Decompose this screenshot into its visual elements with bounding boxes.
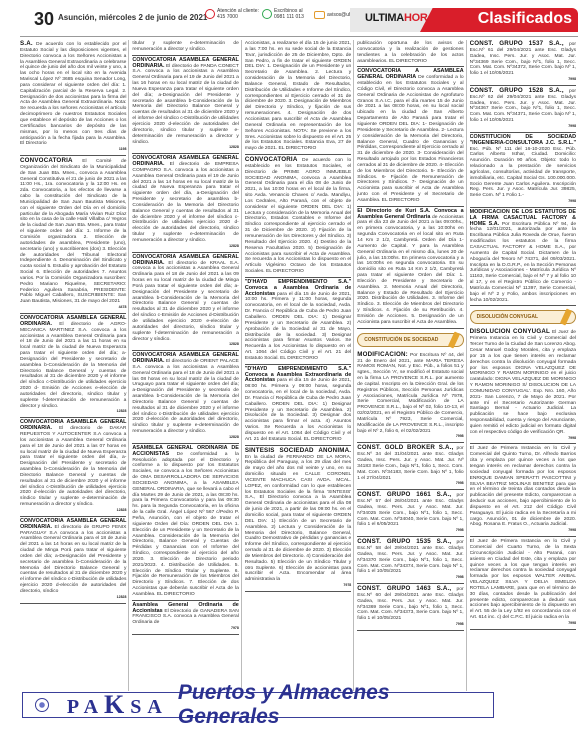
ad-body: El directorio de ORIENT PALACE S.A. conv… xyxy=(132,359,238,434)
ad-body: para el día 15 de Junio de 2021, 10:00 h… xyxy=(245,292,351,361)
ad-body: por Esc.Nº 62 del 29/04/2021 ante Esc. G… xyxy=(470,89,576,123)
ad-body: De acuerdo con lo establecido en los Est… xyxy=(245,158,351,274)
header-rule xyxy=(20,36,578,37)
ad-lead: SINTESIS SOCIEDAD ANONIMA. xyxy=(245,447,351,454)
classified-ad: CONVOCATORIA ASAMBLEA GENERAL ORDINARIA.… xyxy=(20,315,126,418)
section-header-pill: DISOLUCIÓN CONYUGAL xyxy=(470,310,576,324)
ad-lead: CONSTITUCION DE SOCIEDAD "INGENIERIA-CON… xyxy=(470,134,576,146)
ad-code: 7998 xyxy=(357,481,463,487)
ad-lead: S.A. xyxy=(20,40,33,47)
ad-code: 1198 xyxy=(20,147,126,153)
ad-code: 12828 xyxy=(20,409,126,415)
classified-ad: titular y suplente e-determinación de re… xyxy=(132,40,238,56)
ad-body: El directorio de EMPRESA COMPAGRO S.A. c… xyxy=(132,162,238,243)
classified-ad: CONVOCATORIA ASAMBLEA GENERAL ORDINARIA.… xyxy=(20,518,126,604)
classified-ad: CONVOCATORIA ASAMBLEA GENERAL ORDINARIA.… xyxy=(132,57,238,155)
ad-code: 7998 xyxy=(470,77,576,83)
ad-lead: CONST. GRUPO 1661 S.A., xyxy=(357,491,451,498)
whatsapp-icon xyxy=(262,9,272,19)
ad-body: El Juez de Primera Instancia en lo Civil… xyxy=(470,446,576,527)
phone-icon xyxy=(205,9,215,19)
paksa-banner-ad[interactable]: PAKSA Puertos y Almacenes Generales xyxy=(22,692,494,718)
classified-ad: ASAMBLEA GENERAL ORDINARIA DE ACCIONISTA… xyxy=(132,445,238,601)
ad-body: El directorio de GRUPO FENIX PARAGUAY S.… xyxy=(20,525,126,594)
ad-code: 7978 xyxy=(132,626,238,632)
contact-whatsapp[interactable]: Escríbinos al0981 111 013 xyxy=(262,8,304,20)
ad-code: 7998 xyxy=(357,622,463,628)
column-1: S.A. De acuerdo con lo establecido por e… xyxy=(20,40,129,691)
ad-body: El directorio de AGRO-MECANICA MARTINEZ … xyxy=(20,322,126,409)
ad-body: Por Escritura Pública Nº 94, de fecha 12… xyxy=(470,222,576,303)
classified-ad: DISOLUCION CONYUGAL El Juez de Primera I… xyxy=(470,328,576,444)
classified-ad: CONVOCATORIA ASAMBLEA GENERAL ORDINARIA.… xyxy=(132,352,238,444)
dateline: Asunción, miércoles 2 de junio de 2021 xyxy=(58,13,207,22)
classified-ad: CONSTITUCION DE SOCIEDAD "INGENIERIA-CON… xyxy=(470,134,576,208)
ad-code: 12828 xyxy=(132,244,238,250)
section-header-pill: CONSTITUCIÓN DE SOCIEDAD xyxy=(357,333,463,347)
classified-ad: CONVOCATORIA El Comité de Organización d… xyxy=(20,157,126,314)
classified-ad: CONST. GRUPO 1535 S.A., por Esc.Nº 58 de… xyxy=(357,538,463,584)
classified-ad: CONVOCATORIA De acuerdo con lo estableci… xyxy=(245,156,351,278)
ad-body: para el día 15 de Junio de 2021, 08:00 h… xyxy=(245,378,351,441)
ad-lead: CONST. GRUPO 1537 S.A., xyxy=(470,40,564,47)
ad-code: 12828 xyxy=(20,508,126,514)
ad-body: El directorio de KRAAL S.A. convoca a lo… xyxy=(132,261,238,342)
classified-ad: publicación oportuna de los avisos de co… xyxy=(357,40,463,67)
section-tab: Clasificados xyxy=(420,8,578,32)
ad-body: publicación oportuna de los avisos de co… xyxy=(357,41,463,64)
classified-ad: CONVOCATORIA A ASAMBLEA GENERAL ORDINARI… xyxy=(357,68,463,206)
ad-lead: CONVOCATORIA xyxy=(245,156,298,163)
classified-ad: MODIFICACION: Por Escritura Nº 44, del 2… xyxy=(357,351,463,444)
ad-body: De acuerdo con lo establecido por el Est… xyxy=(20,42,126,146)
section-title: Clasificados xyxy=(478,10,572,28)
ad-body: El directorio de PANDA CONECT S.A. convo… xyxy=(132,64,238,145)
ad-code: 12828 xyxy=(132,145,238,151)
ad-code: 4478 xyxy=(20,305,126,311)
ad-body: En la ciudad de FERNANDO DE LA MORA, Rep… xyxy=(245,455,351,583)
ad-lead: CONVOCATORIA xyxy=(20,157,73,164)
classified-ad: CONVOCATORIA ASAMBLEA GENERAL ORDINARIA.… xyxy=(132,254,238,352)
ad-body: El directorio de DAKAR REPUESTOS Y AUTOC… xyxy=(20,426,126,507)
ad-code: 7998 xyxy=(357,434,463,440)
ad-body: por Esc.Nº 61 del 29/04/2021 ante Esc. G… xyxy=(470,42,576,76)
pen-icon xyxy=(448,331,460,348)
classified-ad: El Juez de Primera Instancia en lo Civil… xyxy=(470,538,576,630)
ad-code: 7998 xyxy=(357,575,463,581)
ad-code: 12828 xyxy=(132,342,238,348)
classified-ad: CONST. GOLD BROKER S.A., por Esc.Nº 34 d… xyxy=(357,444,463,490)
classified-ad: Asamblea General Ordinaria de Accionista… xyxy=(132,602,238,635)
ad-body: El Juez de Primera Instancia en lo Civil… xyxy=(470,330,576,434)
ad-code: 7998 xyxy=(470,621,576,627)
ad-code: 7998 xyxy=(470,436,576,442)
classified-ad: CONVOCATORIA ASAMBLEA GENERAL ORDINARIA.… xyxy=(20,419,126,517)
ad-body: de Accionistas para el día 23 de Junio d… xyxy=(357,215,463,325)
classifieds-columns: S.A. De acuerdo con lo establecido por e… xyxy=(20,40,578,691)
ad-lead: DISOLUCION CONYUGAL xyxy=(470,328,550,335)
ad-body: por Esc.Nº 34 del 31/04/2021 ante Esc. G… xyxy=(357,446,463,480)
ad-lead: CONST. GRUPO 1535 S.A., xyxy=(357,538,451,545)
ad-code: 7978 xyxy=(245,583,351,589)
paksa-seal-icon xyxy=(35,698,49,712)
ad-code: 7998 xyxy=(470,124,576,130)
classified-ad: S.A. De acuerdo con lo establecido por e… xyxy=(20,40,126,156)
classified-ad: El Juez de Primera Instancia en lo Civil… xyxy=(470,445,576,537)
ad-lead: MODIFICACION: xyxy=(357,351,408,358)
banner-tagline: Puertos y Almacenes Generales xyxy=(178,681,493,729)
ad-code: 12828 xyxy=(132,435,238,441)
ad-body: por Esc.Nº 60 del 29/04/2021 ante Esc. G… xyxy=(357,587,463,621)
contact-phone[interactable]: Atención al cliente:415 7000 xyxy=(205,8,259,20)
ad-body: De conformidad a lo establecido en los E… xyxy=(357,75,463,203)
mail-icon xyxy=(314,11,325,19)
column-3: Accionistas, a realizarse el día 15 de j… xyxy=(245,40,354,691)
ad-body: El Juez de Primera Instancia en lo Civil… xyxy=(470,539,576,620)
ad-body: titular y suplente e-determinación de re… xyxy=(132,41,238,52)
column-4: publicación oportuna de los avisos de co… xyxy=(357,40,466,691)
ad-lead: CONST. GOLD BROKER S.A., xyxy=(357,444,453,451)
classified-ad: Accionistas, a realizarse el día 15 de j… xyxy=(245,40,351,155)
ad-body: por Esc.Nº 57 del 26/04/2021 ante Esc. G… xyxy=(357,493,463,527)
ad-code: 7998 xyxy=(357,528,463,534)
ad-body: Esc. Púb. Nº 111 del 16-10-2020 Esc. Púb… xyxy=(470,147,576,199)
ad-lead: CONST. GRUPO 1528 S.A., xyxy=(470,87,564,94)
paksa-logo: PAKSA xyxy=(67,690,168,720)
column-2: titular y suplente e-determinación de re… xyxy=(132,40,241,691)
classified-ad: CONVOCATORIA ASAMBLEA GENERAL ORDINARIA.… xyxy=(132,155,238,253)
ad-lead: CONST. GRUPO 1463 S.A., xyxy=(357,585,451,592)
ad-body: El Comité de Organización del Sindicato … xyxy=(20,159,126,304)
classified-ad: CONST. GRUPO 1537 S.A., por Esc.Nº 61 de… xyxy=(470,40,576,86)
ad-body: por Esc.Nº 58 del 29/04/2021 ante Esc. G… xyxy=(357,540,463,574)
classified-ad: CONST. GRUPO 1661 S.A., por Esc.Nº 57 de… xyxy=(357,491,463,537)
column-5: CONST. GRUPO 1537 S.A., por Esc.Nº 61 de… xyxy=(470,40,578,691)
classified-ad: CONST. GRUPO 1528 S.A., por Esc.Nº 62 de… xyxy=(470,87,576,133)
ad-code: 12828 xyxy=(20,595,126,601)
classified-ad: "D'HAYD EMPRENDIMIENTO S.A." Convoca a A… xyxy=(245,279,351,365)
classified-ad: El Directorio de Kuri S.A. Convoca a Asa… xyxy=(357,208,463,329)
classified-ad: MODIFICACION DE LOS ESTATUTOS DE LA FIRM… xyxy=(470,209,576,307)
classified-ad: "D'HAYD EMPRENDIMIENTO S.A." Convoca a A… xyxy=(245,366,351,446)
ad-body: Por Escritura Nº 44, del 21 de Enero del… xyxy=(357,353,463,434)
masthead: 30 Asunción, miércoles 2 de junio de 202… xyxy=(0,0,580,36)
ad-code: 7998 xyxy=(470,528,576,534)
page-number: 30 xyxy=(34,9,54,30)
pen-icon xyxy=(560,309,572,326)
ultimahora-logo: ULTIMAHORA xyxy=(365,12,435,24)
classified-ad: SINTESIS SOCIEDAD ANONIMA. En la ciudad … xyxy=(245,447,351,592)
contact-whatsapp-value: 0981 111 013 xyxy=(274,14,304,20)
ad-body: Accionistas, a realizarse el día 15 de j… xyxy=(245,41,351,151)
ad-code: 7998 xyxy=(470,199,576,205)
ad-body: De conformidad a la Resolución adoptada … xyxy=(132,452,238,597)
classified-ad: CONST. GRUPO 1463 S.A., por Esc.Nº 60 de… xyxy=(357,585,463,631)
contact-phone-value: 415 7000 xyxy=(217,14,238,20)
